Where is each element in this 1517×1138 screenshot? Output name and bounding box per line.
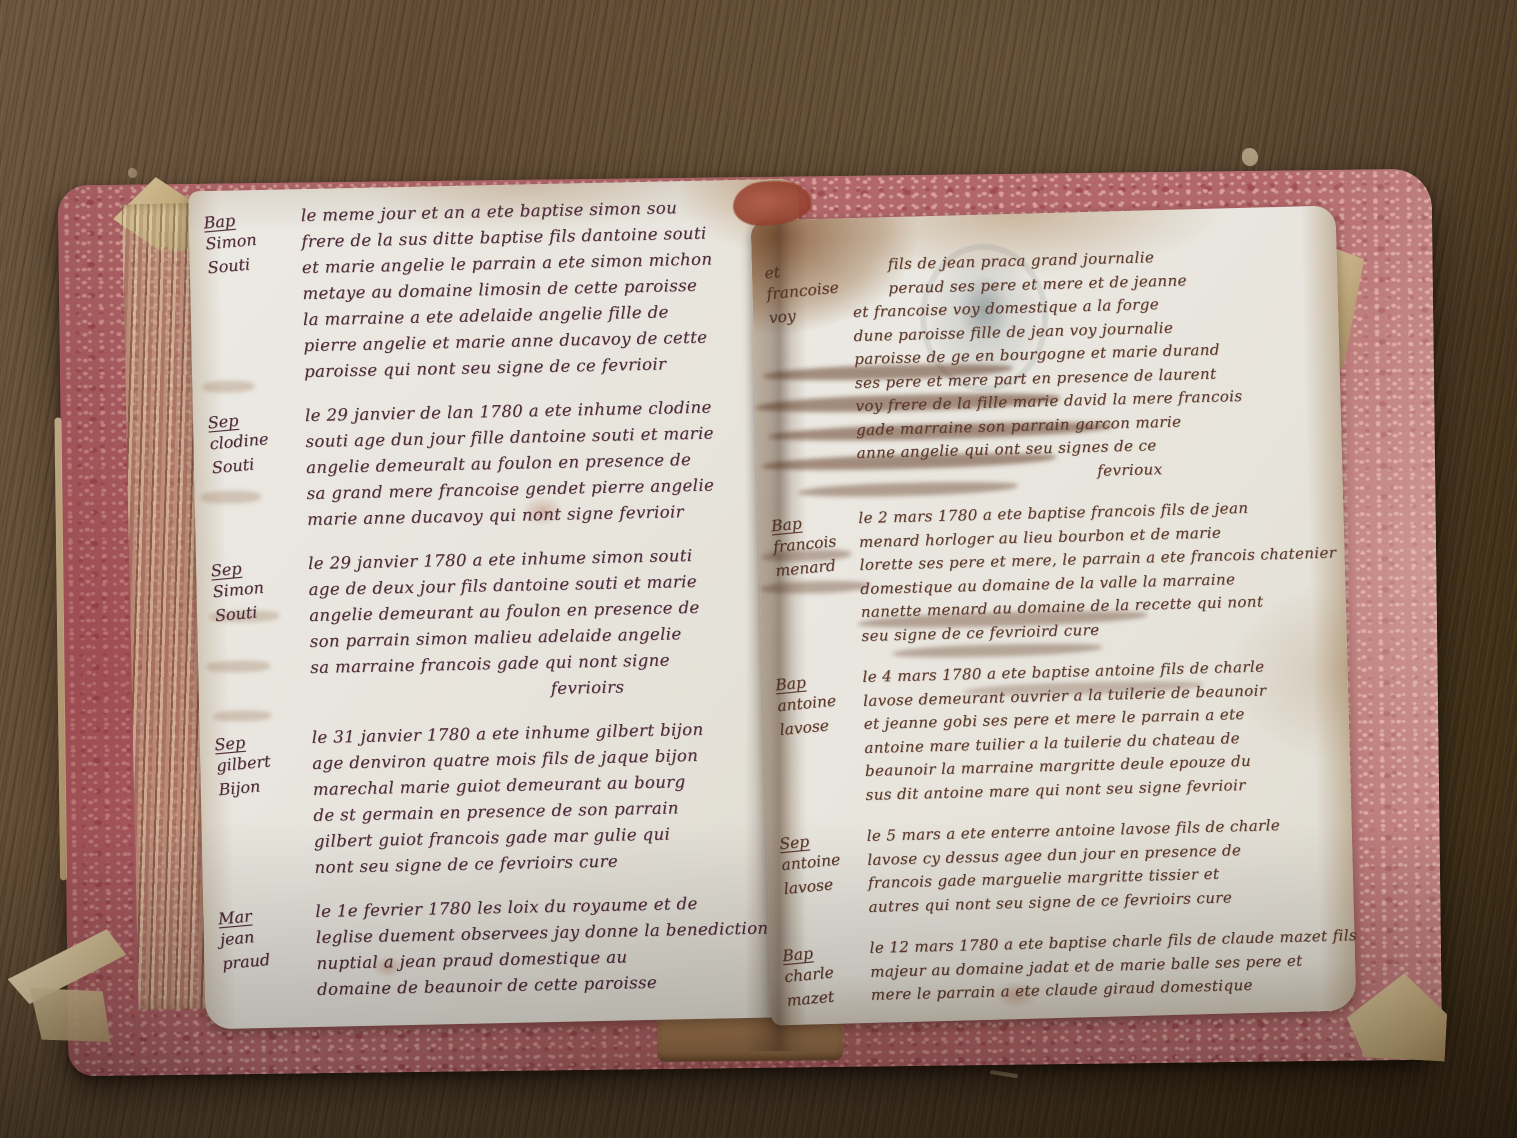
entry-text: le 5 mars a ete enterre antoine lavose f…	[866, 813, 1343, 919]
entry-text: le 29 janvier de lan 1780 a ete inhume c…	[305, 393, 798, 533]
register-entry: Mar jean praud le 1e fevrier 1780 les lo…	[219, 889, 807, 1005]
register-entry: Bap Simon Souti le meme jour et an a ete…	[205, 193, 795, 387]
right-page: et francoise voy fils de jean praca gran…	[751, 205, 1357, 1025]
margin-note: Bap francois menard	[770, 504, 862, 583]
margin-entry-name: Simon Souti	[204, 224, 304, 281]
margin-note: Bap charle mazet	[781, 934, 873, 1013]
left-page-entries: Bap Simon Souti le meme jour et an a ete…	[205, 193, 808, 1005]
register-entry: Sep antoine lavose le 5 mars a ete enter…	[780, 813, 1343, 922]
margin-note: Mar jean praud	[217, 896, 319, 976]
margin-entry-name: francoise voy	[765, 274, 855, 330]
margin-entry-name: antoine lavose	[776, 686, 866, 742]
entry-text: le 1e fevrier 1780 les loix du royaume e…	[315, 889, 807, 1003]
margin-entry-name: clodine Souti	[209, 424, 309, 481]
right-page-entries: et francoise voy fils de jean praca gran…	[766, 242, 1347, 1010]
margin-entry-name: gilbert Bijon	[215, 746, 315, 803]
entry-text: le 31 janvier 1780 a ete inhume gilbert …	[311, 715, 804, 881]
margin-note: Sep antoine lavose	[778, 822, 870, 901]
register-entry: Sep clodine Souti le 29 janvier de lan 1…	[209, 393, 798, 535]
margin-entry-name: Simon Souti	[212, 572, 312, 629]
wood-table: Bap Simon Souti le meme jour et an a ete…	[0, 0, 1517, 1138]
entry-text: le meme jour et an a ete baptise simon s…	[301, 193, 795, 385]
register-entry: Sep Simon Souti le 29 janvier 1780 a ete…	[212, 541, 801, 709]
margin-note: Bap antoine lavose	[774, 663, 866, 742]
register-entry: Bap charle mazet le 12 mars 1780 a ete b…	[783, 924, 1346, 1010]
margin-note: et francoise voy	[763, 251, 855, 330]
entry-text: fils de jean praca grand journalie perau…	[851, 242, 1332, 489]
register-entry: Bap francois menard le 2 mars 1780 a ete…	[772, 495, 1336, 651]
margin-note: Sep gilbert Bijon	[213, 722, 315, 802]
register-entry: et francoise voy fils de jean praca gran…	[766, 242, 1333, 492]
margin-note: Sep clodine Souti	[206, 400, 308, 480]
margin-note: Bap Simon Souti	[202, 200, 304, 280]
margin-note: Sep Simon Souti	[210, 548, 312, 628]
register-entry: Sep gilbert Bijon le 31 janvier 1780 a e…	[216, 715, 805, 883]
entry-text: le 4 mars 1780 a ete baptise antoine fil…	[862, 654, 1341, 807]
margin-entry-name: charle mazet	[783, 957, 873, 1013]
entry-text: le 29 janvier 1780 a ete inhume simon so…	[308, 541, 801, 707]
margin-entry-name: antoine lavose	[780, 845, 870, 901]
margin-entry-name: francois menard	[772, 527, 862, 583]
entry-text: le 2 mars 1780 a ete baptise francois fi…	[858, 495, 1337, 648]
left-page: Bap Simon Souti le meme jour et an a ete…	[188, 179, 815, 1030]
register-entry: Bap antoine lavose le 4 mars 1780 a ete …	[776, 654, 1340, 810]
register-book: Bap Simon Souti le meme jour et an a ete…	[45, 155, 1455, 1080]
margin-entry-name: jean praud	[219, 920, 319, 977]
entry-text: le 12 mars 1780 a ete baptise charle fil…	[869, 924, 1346, 1007]
